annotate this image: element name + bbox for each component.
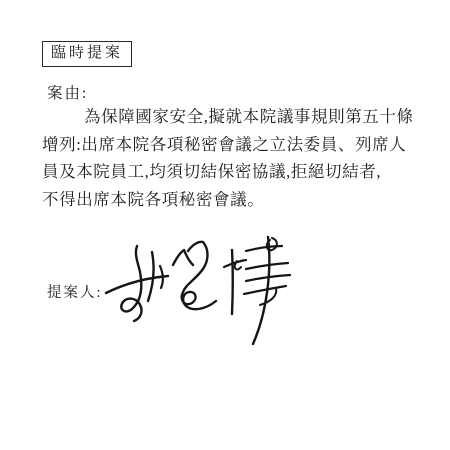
document-page: 臨時提案 案由: 為保障國家安全,擬就本院議事規則第五十條 增列:出席本院各項秘…: [0, 0, 450, 450]
subject-label: 案由:: [47, 81, 88, 103]
signature-stroke: [232, 250, 233, 314]
body-text: 為保障國家安全,擬就本院議事規則第五十條 增列:出席本院各項秘密會議之立法委員、…: [42, 103, 424, 213]
body-line-3: 員及本院員工,均須切結保密協議,拒絕切結者,: [42, 158, 424, 186]
body-line-1: 為保障國家安全,擬就本院議事規則第五十條: [42, 103, 424, 131]
signature-stroke: [173, 250, 193, 265]
signature-stroke: [246, 263, 288, 269]
body-line-4: 不得出席本院各項秘密會議。: [42, 186, 424, 214]
title-box: 臨時提案: [42, 41, 132, 67]
proposer-label: 提案人:: [47, 281, 103, 302]
signature-stroke: [244, 286, 286, 294]
handwritten-signature: [100, 230, 300, 352]
signature-stroke: [182, 242, 216, 309]
body-line-2: 增列:出席本院各項秘密會議之立法委員、列席人: [42, 131, 424, 159]
signature-stroke: [106, 276, 168, 293]
signature-stroke: [148, 252, 154, 301]
document-title: 臨時提案: [51, 45, 123, 61]
